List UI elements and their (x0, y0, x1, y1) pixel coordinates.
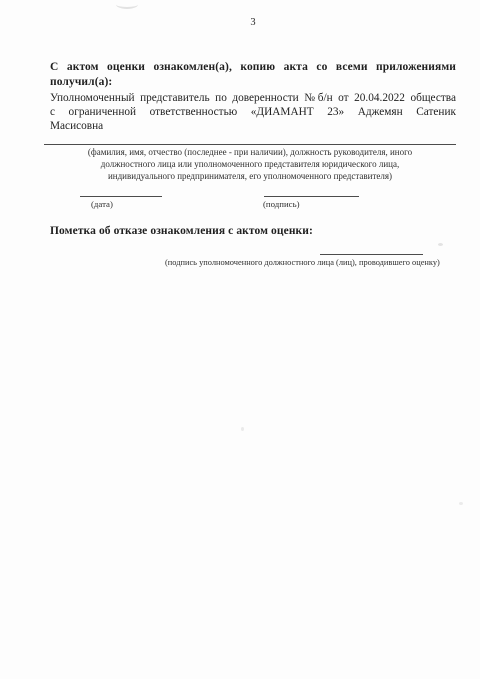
assessor-signature-blank-line (320, 254, 423, 255)
signatory-explanation-line-1: (фамилия, имя, отчество (последнее - при… (44, 146, 456, 158)
ack-body: Уполномоченный представитель по доверенн… (50, 91, 456, 133)
signature-blank-line (264, 196, 359, 197)
signatory-explanation: (фамилия, имя, отчество (последнее - при… (44, 146, 456, 182)
ack-body-line-3: Масисовна (50, 119, 456, 133)
document-page: 3 С актом оценки ознакомлен(а), копию ак… (0, 0, 480, 679)
scan-artifact (459, 502, 463, 505)
date-blank-line (80, 196, 162, 197)
ack-heading-line-2: получил(а): (50, 75, 456, 90)
ack-heading: С актом оценки ознакомлен(а), копию акта… (50, 60, 456, 90)
refusal-heading: Пометка об отказе ознакомления с актом о… (50, 225, 456, 237)
signatory-explanation-line-2: должностного лица или уполномоченного пр… (44, 158, 456, 170)
assessor-signature-caption: (подпись уполномоченного должностного ли… (165, 258, 440, 267)
explanation-divider (44, 144, 456, 145)
ack-body-line-1: Уполномоченный представитель по доверенн… (50, 91, 456, 105)
ack-heading-line-1: С актом оценки ознакомлен(а), копию акта… (50, 60, 456, 75)
ack-body-line-2: с ограниченной ответственностью «ДИАМАНТ… (50, 105, 456, 119)
scan-artifact (116, 0, 138, 9)
scan-artifact (241, 427, 244, 431)
signatory-explanation-line-3: индивидуального предпринимателя, его упо… (44, 170, 456, 182)
page-number: 3 (50, 17, 456, 28)
scan-artifact (438, 243, 443, 246)
signature-label: (подпись) (263, 199, 300, 209)
date-label: (дата) (91, 199, 113, 209)
